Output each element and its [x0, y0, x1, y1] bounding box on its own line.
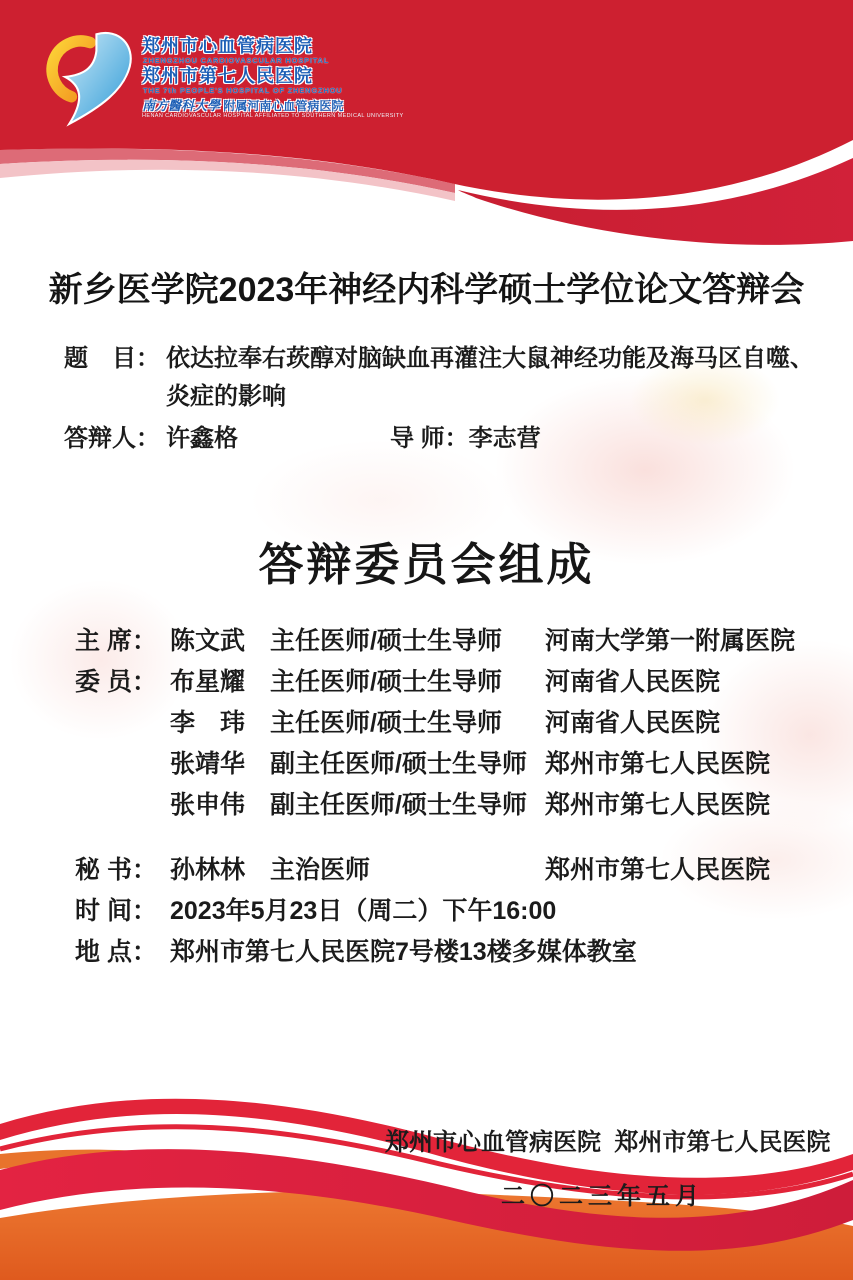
member-name: 张靖华 — [170, 744, 270, 780]
committee-row-member: 李 玮 主任医师/硕士生导师 河南省人民医院 — [75, 700, 815, 741]
time-row: 时 间： 2023年5月23日（周二）下午16:00 — [75, 888, 815, 929]
footer-date: 二〇二三年五月 — [385, 1176, 820, 1211]
topic-text-line1: 依达拉奉右莰醇对脑缺血再灌注大鼠神经功能及海马区自噬、 — [166, 340, 814, 378]
member-hospital: 郑州市第七人民医院 — [545, 744, 815, 780]
committee-row-chair: 主 席： 陈文武 主任医师/硕士生导师 河南大学第一附属医院 — [75, 618, 815, 659]
logo-affiliation-label: 附属河南心血管病医院 — [220, 99, 343, 113]
heart-ribbon-logo-icon — [36, 28, 136, 128]
logo-hospital1-en: ZHENGZHOU CARDIOVASCULAR HOSPITAL — [143, 57, 404, 65]
defender-row: 答辩人： 许鑫格 导 师： 李志营 — [64, 420, 814, 458]
topic-row: 题 目： 依达拉奉右莰醇对脑缺血再灌注大鼠神经功能及海马区自噬、 — [64, 340, 814, 378]
secretary-hospital: 郑州市第七人民医院 — [545, 850, 815, 886]
page-title: 新乡医学院2023年神经内科学硕士学位论文答辩会 — [0, 262, 853, 311]
logo-affiliation-cn: 南方醫科大學 附属河南心血管病医院 — [142, 99, 404, 112]
member-title: 副主任医师/硕士生导师 — [270, 785, 545, 821]
footer-text-block: 郑州市心血管病医院 郑州市第七人民医院 二〇二三年五月 — [385, 1122, 820, 1211]
member-name: 布星耀 — [170, 662, 270, 698]
member-name: 张申伟 — [170, 785, 270, 821]
time-label: 时 间： — [75, 891, 170, 927]
committee-row-member: 张靖华 副主任医师/硕士生导师 郑州市第七人民医院 — [75, 741, 815, 782]
supervisor-name: 李志营 — [469, 420, 541, 458]
place-value: 郑州市第七人民医院7号楼13楼多媒体教室 — [170, 932, 815, 968]
member-title: 副主任医师/硕士生导师 — [270, 744, 545, 780]
member-hospital: 河南省人民医院 — [545, 662, 815, 698]
member-hospital: 郑州市第七人民医院 — [545, 785, 815, 821]
place-row: 地 点： 郑州市第七人民医院7号楼13楼多媒体教室 — [75, 929, 815, 970]
member-title: 主任医师/硕士生导师 — [270, 662, 545, 698]
member-title: 主任医师/硕士生导师 — [270, 703, 545, 739]
member-hospital: 河南省人民医院 — [545, 703, 815, 739]
logo-hospital1-cn: 郑州市心血管病医院 — [142, 37, 404, 55]
member-hospital: 河南大学第一附属医院 — [545, 621, 815, 657]
member-role: 委 员： — [75, 662, 170, 698]
hospital-logo: 郑州市心血管病医院 ZHENGZHOU CARDIOVASCULAR HOSPI… — [36, 26, 341, 130]
supervisor-label: 导 师： — [390, 420, 469, 458]
member-title: 主任医师/硕士生导师 — [270, 621, 545, 657]
defender-label: 答辩人： — [64, 420, 166, 458]
spacer — [75, 823, 815, 847]
member-name: 李 玮 — [170, 703, 270, 739]
committee-row-member: 委 员： 布星耀 主任医师/硕士生导师 河南省人民医院 — [75, 659, 815, 700]
member-role: 主 席： — [75, 621, 170, 657]
thesis-info: 题 目： 依达拉奉右莰醇对脑缺血再灌注大鼠神经功能及海马区自噬、 炎症的影响 答… — [64, 340, 814, 458]
committee-row-member: 张申伟 副主任医师/硕士生导师 郑州市第七人民医院 — [75, 782, 815, 823]
secretary-name: 孙林林 — [170, 850, 270, 886]
logo-hospital2-en: THE 7th PEOPLE'S HOSPITAL OF ZHENGZHOU — [143, 87, 404, 95]
committee-heading: 答辩委员会组成 — [0, 528, 853, 593]
secretary-title: 主治医师 — [270, 850, 545, 886]
defender-name: 许鑫格 — [166, 420, 238, 458]
topic-label: 题 目： — [64, 340, 166, 378]
secretary-role: 秘 书： — [75, 850, 170, 886]
committee-table: 主 席： 陈文武 主任医师/硕士生导师 河南大学第一附属医院 委 员： 布星耀 … — [75, 618, 815, 970]
logo-university-script: 南方醫科大學 — [142, 98, 220, 113]
place-label: 地 点： — [75, 932, 170, 968]
member-name: 陈文武 — [170, 621, 270, 657]
topic-text-line2: 炎症的影响 — [166, 378, 814, 416]
footer-hospitals: 郑州市心血管病医院 郑州市第七人民医院 — [385, 1122, 820, 1157]
logo-text-block: 郑州市心血管病医院 ZHENGZHOU CARDIOVASCULAR HOSPI… — [142, 37, 404, 120]
logo-hospital2-cn: 郑州市第七人民医院 — [142, 67, 404, 85]
thesis-defense-poster: 郑州市心血管病医院 ZHENGZHOU CARDIOVASCULAR HOSPI… — [0, 0, 853, 1280]
logo-affiliation-en: HENAN CARDIOVASCULAR HOSPITAL AFFILIATED… — [142, 114, 404, 120]
committee-row-secretary: 秘 书： 孙林林 主治医师 郑州市第七人民医院 — [75, 847, 815, 888]
time-value: 2023年5月23日（周二）下午16:00 — [170, 891, 815, 927]
